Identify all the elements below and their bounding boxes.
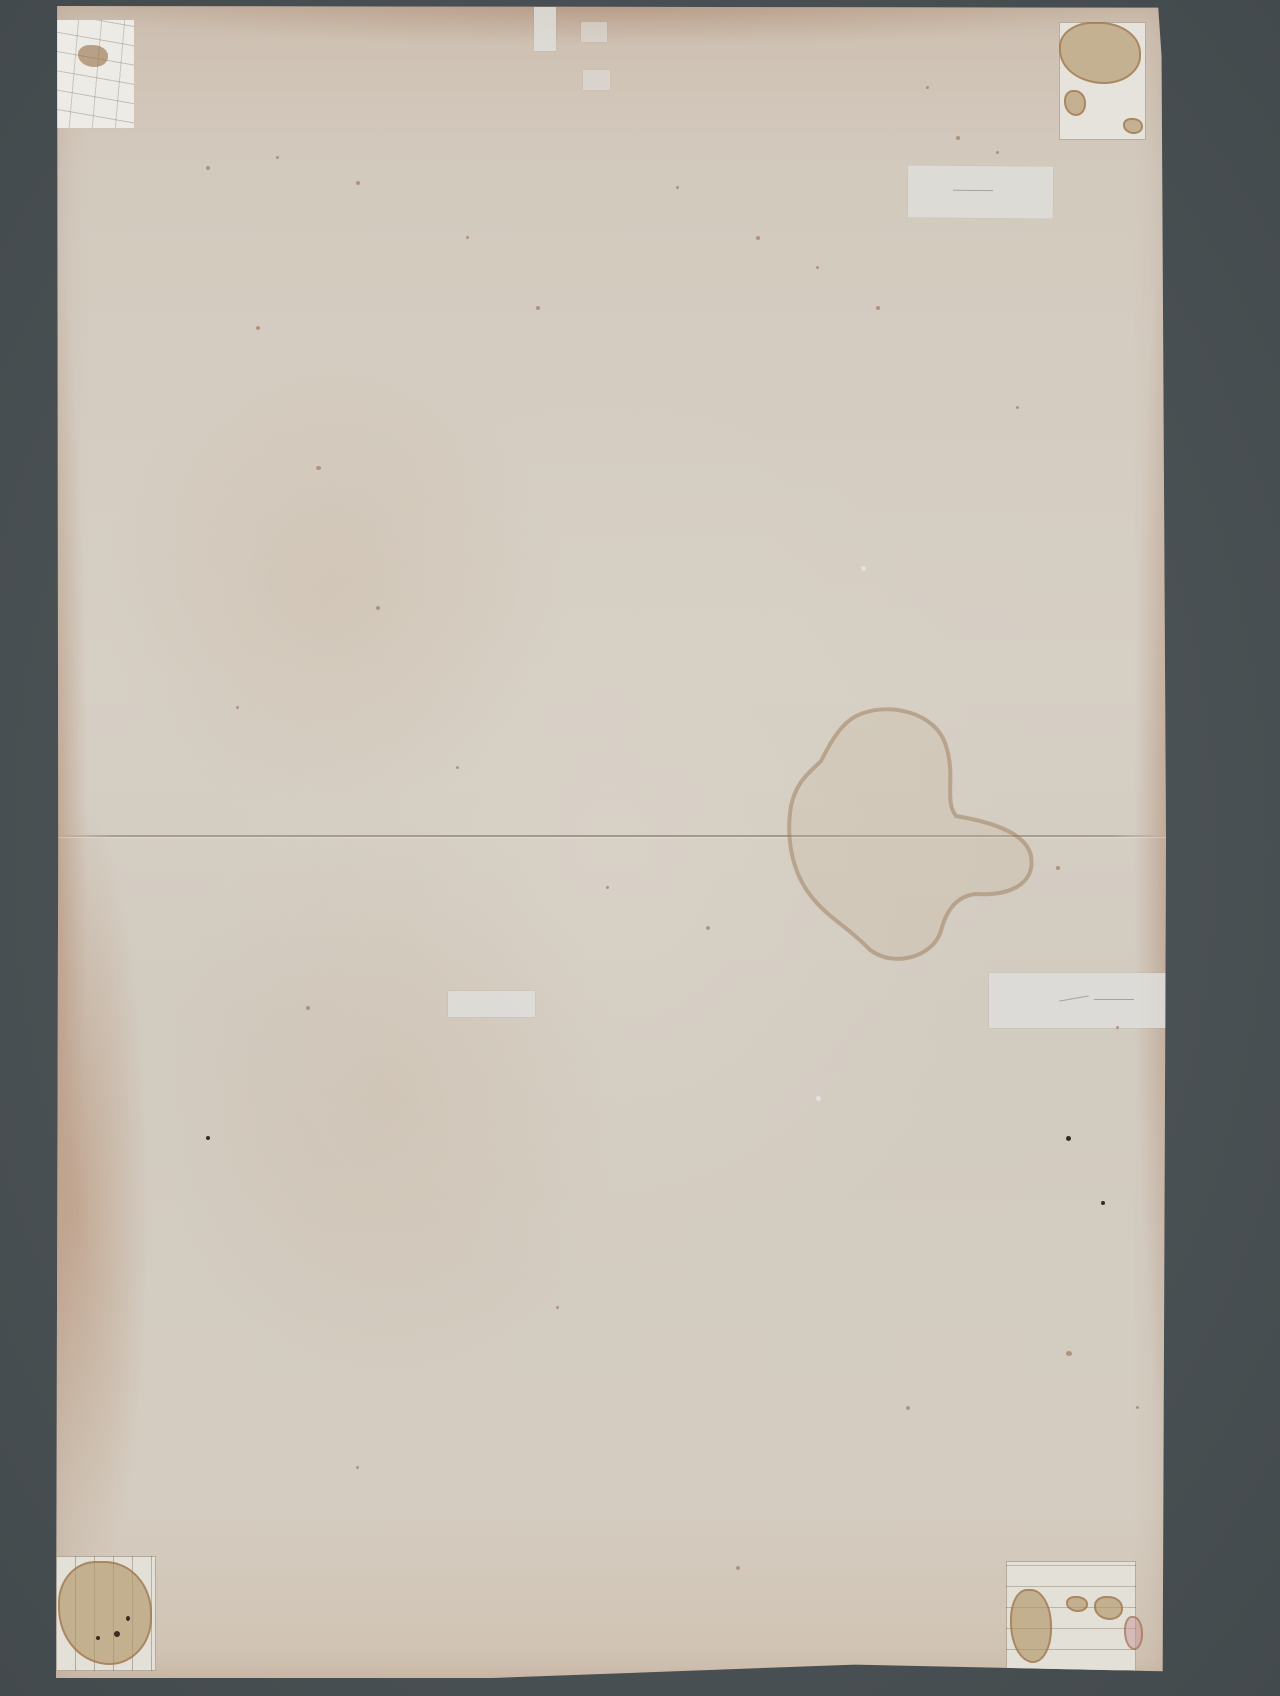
- foxing-spot: [956, 136, 960, 140]
- foxing-spot: [1136, 1406, 1139, 1409]
- foxing-spot: [556, 1306, 559, 1309]
- corner-hinge-bottom-right: [1006, 1561, 1136, 1671]
- foxing-spot: [996, 151, 999, 154]
- foxing-spot: [906, 1406, 910, 1410]
- foxing-spot: [356, 1466, 359, 1469]
- foxing-spot: [736, 1566, 740, 1570]
- tape-label-center-left: [448, 991, 535, 1017]
- paper-sheet: [56, 6, 1166, 1678]
- foxing-spot: [861, 566, 866, 571]
- foxing-spot: [206, 166, 210, 170]
- corner-hinge-bottom-left: [56, 1556, 156, 1671]
- foxing-spot: [756, 236, 760, 240]
- foxing-spot: [1066, 1136, 1071, 1141]
- foxing-spot: [256, 326, 260, 330]
- foxing-spot: [456, 766, 459, 769]
- corner-hinge-top-left: [56, 20, 134, 128]
- foxing-spot: [876, 306, 880, 310]
- tape-label-upper-right: [908, 165, 1053, 218]
- foxing-spot: [926, 86, 929, 89]
- top-tape-strip-3: [583, 70, 610, 90]
- foxing-spot: [606, 886, 609, 889]
- foxing-spot: [306, 1006, 310, 1010]
- foxing-spot: [356, 181, 360, 185]
- foxing-spot: [276, 156, 279, 159]
- foxing-spot: [536, 306, 540, 310]
- tape-label-lower-right: [989, 973, 1179, 1028]
- foxing-spot: [1116, 1026, 1119, 1029]
- corner-hinge-top-right: [1059, 22, 1146, 140]
- foxing-spot: [1066, 1351, 1072, 1356]
- water-stain: [786, 706, 1036, 966]
- foxing-spot: [206, 1136, 210, 1140]
- foxing-spot: [1016, 406, 1019, 409]
- top-tape-strip-1: [534, 7, 556, 51]
- foxing-spot: [376, 606, 380, 610]
- foxing-spot: [466, 236, 469, 239]
- foxing-spot: [1056, 866, 1060, 870]
- foxing-spot: [816, 266, 819, 269]
- foxing-spot: [706, 926, 710, 930]
- foxing-spot: [316, 466, 321, 470]
- foxing-spot: [676, 186, 679, 189]
- foxing-spot: [236, 706, 239, 709]
- foxing-spot: [816, 1096, 821, 1101]
- top-tape-strip-2: [581, 22, 607, 42]
- foxing-spot: [1101, 1201, 1105, 1205]
